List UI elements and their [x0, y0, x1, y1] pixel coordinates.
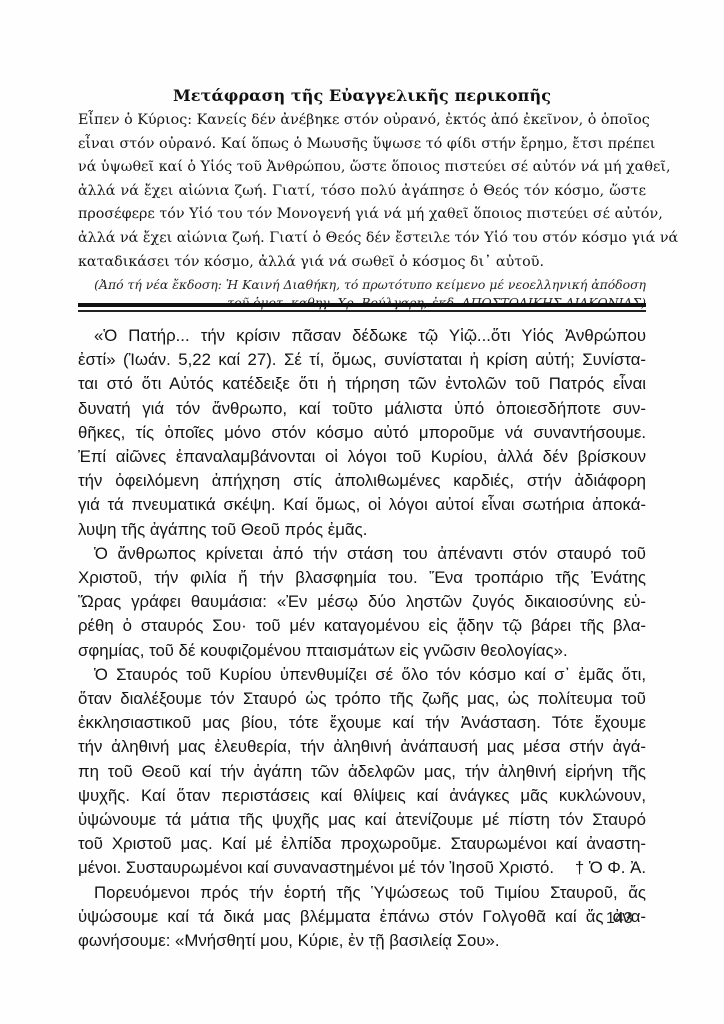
commentary-line: μένοι. Συσταυρωμένοι καί συναναστημένοι …: [78, 856, 646, 880]
gospel-line: ἀλλά νά ἔχει αἰώνια ζωή. Γιατί, τόσο πολ…: [78, 180, 646, 204]
commentary-line: γιά τά πνευματικά σκέψη. Καί ὅμως, οἱ λό…: [78, 493, 646, 517]
thin-rule: [78, 310, 646, 312]
commentary-line: Πορευόμενοι πρός τήν ἑορτή τῆς Ὑψώσεως τ…: [78, 881, 646, 905]
commentary-line: θῆκες, τίς ὁποῖες μόνο στόν κόσμο αὐτό μ…: [78, 421, 646, 445]
gospel-section-title: Μετάφραση τῆς Εὐαγγελικῆς περικοπῆς: [78, 86, 646, 105]
commentary-line: πη τοῦ Θεοῦ καί τήν ἀγάπη τῶν ἀδελφῶν μα…: [78, 760, 646, 784]
gospel-line: προσέφερε τόν Υἱό του τόν Μονογενή γιά ν…: [78, 203, 646, 227]
source-citation-line: (Ἀπό τή νέα ἔκδοση: Ἡ Καινή Διαθήκη, τό …: [78, 276, 646, 294]
commentary-line: ἐκκλησιαστικοῦ μας βίου, τότε ἔχουμε καί…: [78, 711, 646, 735]
commentary-line: τοῦ Χριστοῦ μας. Καί μέ ἐλπίδα προχωροῦμ…: [78, 832, 646, 856]
commentary-line: ὑψώνουμε τά μάτια τῆς ψυχῆς μας καί ἀτεν…: [78, 808, 646, 832]
gospel-line: ἀλλά νά ἔχει αἰώνια ζωή. Γιατί ὁ Θεός δέ…: [78, 227, 646, 251]
gospel-translation-section: Μετάφραση τῆς Εὐαγγελικῆς περικοπῆς Εἶπε…: [78, 86, 646, 312]
commentary-line: ὑψώσουμε καί τά δικά μας βλέμματα ἐπάνω …: [78, 905, 646, 929]
gospel-translation-text: Εἶπεν ὁ Κύριος: Κανείς δέν ἀνέβηκε στόν …: [78, 109, 646, 274]
book-page: Μετάφραση τῆς Εὐαγγελικῆς περικοπῆς Εἶπε…: [0, 0, 724, 1024]
commentary-line: σφημίας, τοῦ δέ κουφιζομένου πταισμάτων …: [78, 639, 646, 663]
commentary-line: ται στό ὅτι Αὐτός κατέδειξε ὅτι ἡ τήρηση…: [78, 372, 646, 396]
gospel-line: Εἶπεν ὁ Κύριος: Κανείς δέν ἀνέβηκε στόν …: [78, 109, 646, 133]
commentary-line: Ὥρας γράφει θαυμάσια: «Ἐν μέσῳ δύο ληστῶ…: [78, 590, 646, 614]
commentary-line: Χριστοῦ, τήν φιλία ἤ τήν βλασφημία του. …: [78, 566, 646, 590]
commentary-line: ὅταν διαλέξουμε τόν Σταυρό ὡς τρόπο τῆς …: [78, 687, 646, 711]
commentary-line: Ἐπί αἰῶνες ἐπαναλαμβάνονται οἱ λόγοι τοῦ…: [78, 445, 646, 469]
commentary-section: «Ὁ Πατήρ... τήν κρίσιν πᾶσαν δέδωκε τῷ Υ…: [78, 324, 646, 953]
gospel-line: νά ὑψωθεῖ καί ὁ Υἱός τοῦ Ἀνθρώπου, ὥστε …: [78, 156, 646, 180]
commentary-line: τήν ὀφειλόμενη ἀπήχηση στίς ἀπολιθωμένες…: [78, 469, 646, 493]
commentary-paragraph: Ὁ Σταυρός τοῦ Κυρίου ὑπενθυμίζει σέ ὅλο …: [78, 663, 646, 881]
commentary-line: «Ὁ Πατήρ... τήν κρίσιν πᾶσαν δέδωκε τῷ Υ…: [78, 324, 646, 348]
commentary-line: λυψη τῆς ἀγάπης τοῦ Θεοῦ πρός ἐμᾶς.: [78, 518, 646, 542]
commentary-line: Ὁ Σταυρός τοῦ Κυρίου ὑπενθυμίζει σέ ὅλο …: [78, 663, 646, 687]
gospel-line: εἶναι στόν οὐρανό. Καί ὅπως ὁ Μωυσῆς ὕψω…: [78, 133, 646, 157]
commentary-line: τήν ἀληθινή μας ἐλευθερία, τήν ἀληθινή ἀ…: [78, 735, 646, 759]
gospel-line: καταδικάσει τόν κόσμο, ἀλλά γιά νά σωθεῖ…: [78, 251, 646, 275]
thick-rule: [78, 303, 646, 307]
author-signature: † Ὁ Φ. Ἀ.: [575, 858, 646, 878]
commentary-paragraph: Ὁ ἄνθρωπος κρίνεται ἀπό τήν στάση του ἀπ…: [78, 542, 646, 663]
commentary-line: ἐστί» (Ἰωάν. 5,22 καί 27). Σέ τί, ὅμως, …: [78, 348, 646, 372]
commentary-line: Ὁ ἄνθρωπος κρίνεται ἀπό τήν στάση του ἀπ…: [78, 542, 646, 566]
commentary-line: ρέθη ὁ σταυρός Σου· τοῦ μέν καταγομένου …: [78, 614, 646, 638]
commentary-line: δυνατή γιά τόν ἄνθρωπο, καί τοῦτο μάλιστ…: [78, 397, 646, 421]
commentary-line: ψυχῆς. Καί ὅταν περιστάσεις καί θλίψεις …: [78, 784, 646, 808]
commentary-paragraph: «Ὁ Πατήρ... τήν κρίσιν πᾶσαν δέδωκε τῷ Υ…: [78, 324, 646, 542]
commentary-line: φωνήσουμε: «Μνήσθητί μου, Κύριε, ἐν τῇ β…: [78, 929, 646, 953]
double-rule-separator: [78, 303, 646, 313]
commentary-paragraph: Πορευόμενοι πρός τήν ἑορτή τῆς Ὑψώσεως τ…: [78, 881, 646, 954]
page-number: 143: [606, 910, 633, 928]
